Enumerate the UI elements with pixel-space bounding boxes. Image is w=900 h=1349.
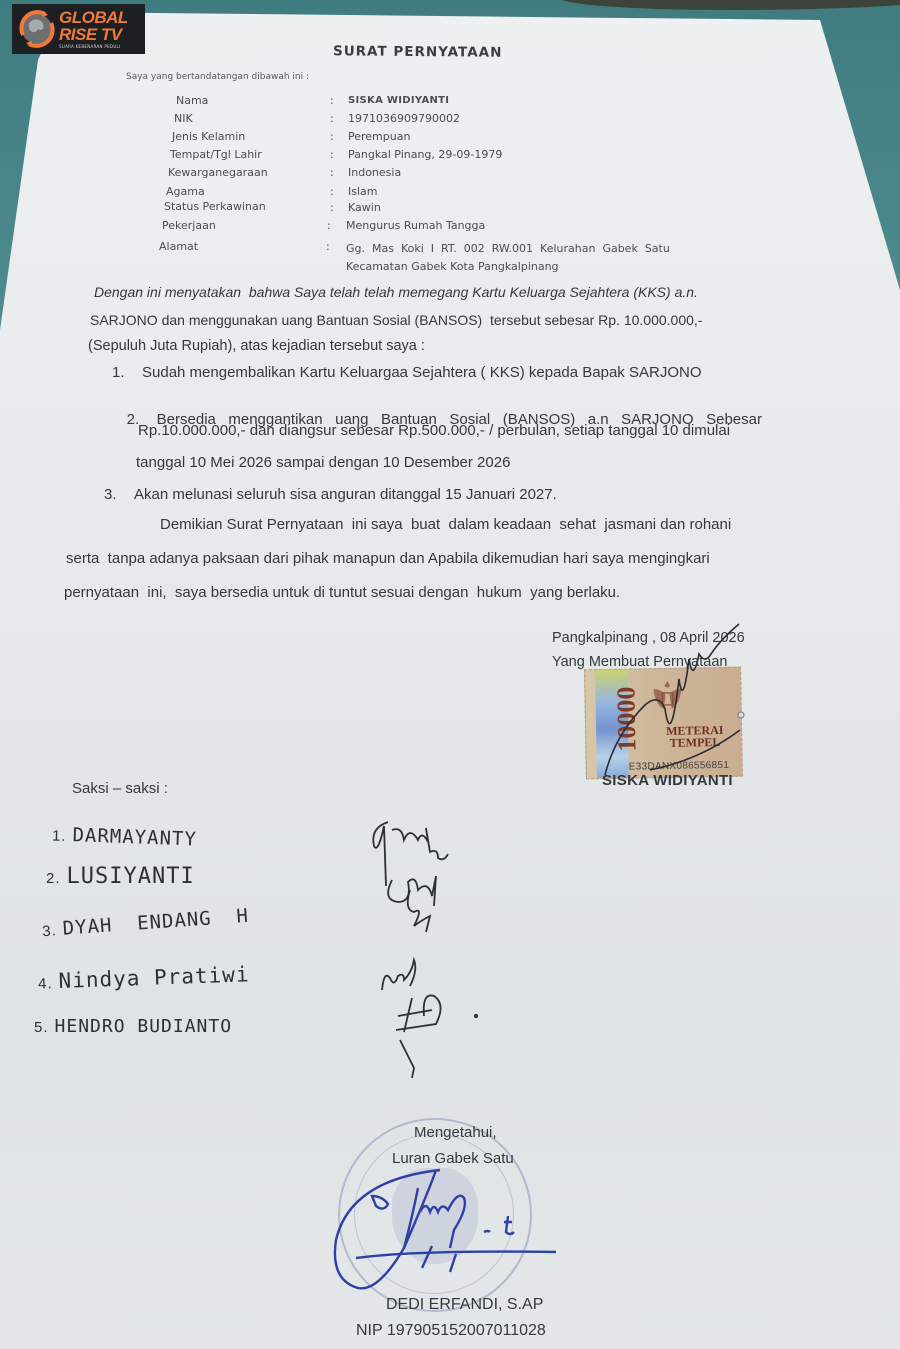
globe-icon xyxy=(17,9,57,49)
logo-brand-line2: RISE TV xyxy=(59,26,128,43)
logo-brand-line1: GLOBAL xyxy=(59,9,128,26)
official-name: DEDI ERFANDI, S.AP xyxy=(386,1296,543,1314)
channel-logo: GLOBAL RISE TV SUARA KEBENARAN PEDULI xyxy=(12,4,145,54)
official-signature xyxy=(0,0,900,1349)
official-nip: NIP 197905152007011028 xyxy=(356,1322,546,1340)
logo-tagline: SUARA KEBENARAN PEDULI xyxy=(59,45,128,49)
statement-document: SURAT PERNYATAAN Saya yang bertandatanga… xyxy=(0,0,900,1349)
